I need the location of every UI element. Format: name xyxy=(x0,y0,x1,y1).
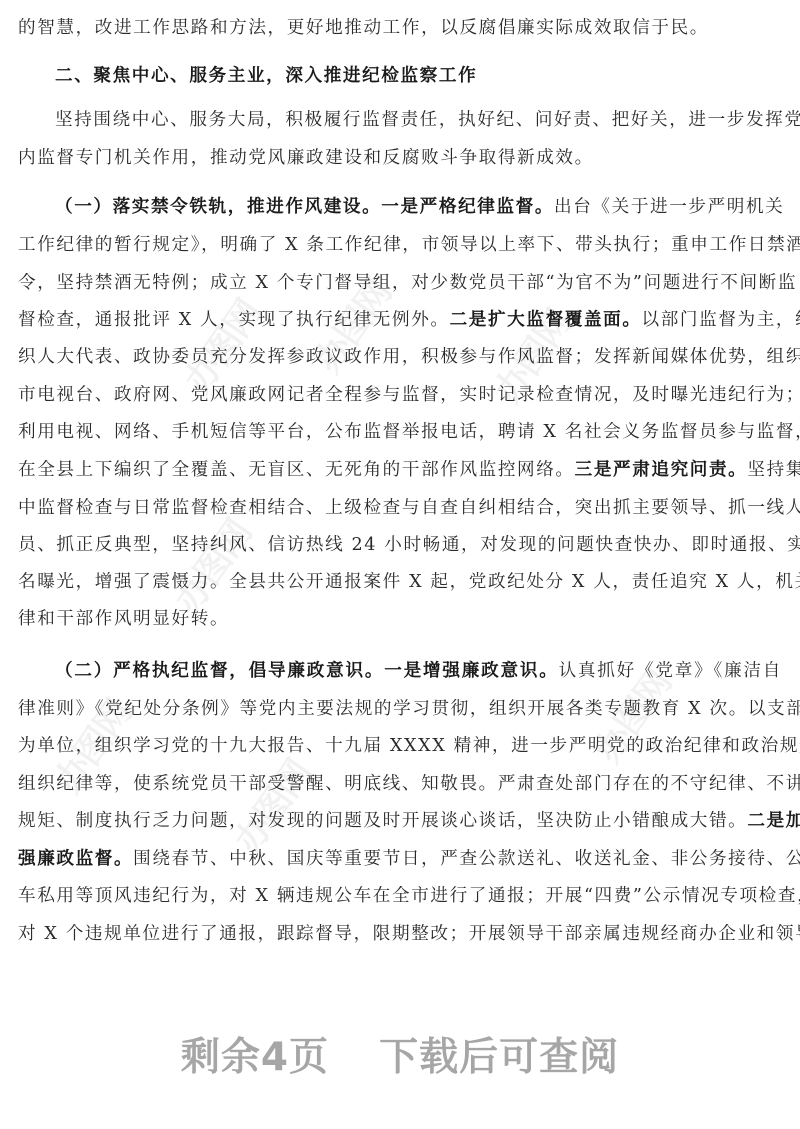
paragraph-line: 律和干部作风明显好转。 xyxy=(18,608,782,630)
paragraph-line: 强廉政监督。围绕春节、中秋、国庆等重要节日，严查公款送礼、收送礼金、非公务接待、… xyxy=(18,848,782,870)
paragraph-line: 坚持围绕中心、服务大局，积极履行监督责任，执好纪、问好责、把好关，进一步发挥党 xyxy=(55,109,782,131)
watermark: 办图网 xyxy=(221,749,321,862)
paragraph-line: 在全县上下编织了全覆盖、无盲区、无死角的干部作风监控网络。三是严肃追究问责。坚持… xyxy=(18,459,782,481)
section-heading: 二、聚焦中心、服务主业，深入推进纪检监察工作 xyxy=(55,65,782,87)
paragraph-line: 为单位，组织学习党的十九大报告、十九届 XXXX 精神，进一步严明党的政治纪律和… xyxy=(18,735,782,757)
remaining-pages-label: 剩余4页 xyxy=(181,1026,329,1082)
paragraph-line: 组织纪律等，使系统党员干部受警醒、明底线、知敬畏。严肃查处部门存在的不守纪律、不… xyxy=(18,773,782,795)
part1-title: （一）落实禁令铁轨，推进作风建设。 xyxy=(55,196,381,217)
paragraph-line: 中监督检查与日常监督检查相结合、上级检查与自查自纠相结合，突出抓主要领导、抓一线… xyxy=(18,497,782,519)
paragraph-line: 市电视台、政府网、党风廉政网记者全程参与监督，实时记录检查情况，及时曝光违纪行为… xyxy=(18,384,782,406)
download-banner[interactable]: 剩余4页下载后可查阅 xyxy=(0,1026,800,1082)
part1-sub3-title: 三是严肃追究问责。 xyxy=(575,459,748,480)
paragraph-line: 对 X 个违规单位进行了通报，跟踪督导，限期整改；开展领导干部亲属违规经商办企业… xyxy=(18,923,782,945)
paragraph-line: 织人大代表、政协委员充分发挥参政议政作用，积极参与作风监督；发挥新闻媒体优势，组… xyxy=(18,346,782,368)
paragraph-line: 督检查，通报批评 X 人，实现了执行纪律无例外。二是扩大监督覆盖面。以部门监督为… xyxy=(18,309,782,331)
paragraph-line: 内监督专门机关作用，推动党风廉政建设和反腐败斗争取得新成效。 xyxy=(18,147,782,169)
document-page: 办图网 办图网 办图网 办图网 办图网 办图网 办图网 的智慧，改进工作思路和方… xyxy=(0,0,800,1129)
paragraph-line: 车私用等顶风违纪行为，对 X 辆违规公车在全市进行了通报；开展“四费”公示情况专… xyxy=(18,885,782,907)
paragraph-line: 名曝光，增强了震慑力。全县共公开通报案件 X 起，党政纪处分 X 人，责任追究 … xyxy=(18,571,782,593)
paragraph-line: 工作纪律的暂行规定》，明确了 X 条工作纪律，市领导以上率下、带头执行；重申工作… xyxy=(18,234,782,256)
part2-title: （二）严格执纪监督，倡导廉政意识。 xyxy=(55,660,384,681)
paragraph-line: （二）严格执纪监督，倡导廉政意识。一是增强廉政意识。认真抓好《党章》《廉洁自 xyxy=(55,660,782,682)
paragraph-line: （一）落实禁令铁轨，推进作风建设。一是严格纪律监督。出台《关于进一步严明机关 xyxy=(55,196,782,218)
part1-sub2-title: 二是扩大监督覆盖面。 xyxy=(450,309,642,330)
intro-line: 的智慧，改进工作思路和方法，更好地推动工作，以反腐倡廉实际成效取信于民。 xyxy=(18,17,782,39)
paragraph-line: 员、抓正反典型，坚持纠风、信访热线 24 小时畅通，对发现的问题快查快办、即时通… xyxy=(18,534,782,556)
paragraph-line: 规矩、制度执行乏力问题，对发现的问题及时开展谈心谈话，坚决防止小错酿成大错。二是… xyxy=(18,810,782,832)
paragraph-line: 令，坚持禁酒无特例；成立 X 个专门督导组，对少数党员干部“为官不为”问题进行不… xyxy=(18,272,782,294)
part1-sub1-title: 一是严格纪律监督。 xyxy=(381,196,554,217)
paragraph-line: 利用电视、网络、手机短信等平台，公布监督举报电话，聘请 X 名社会义务监督员参与… xyxy=(18,421,782,443)
paragraph-line: 律准则》《党纪处分条例》等党内主要法规的学习贯彻，组织开展各类专题教育 X 次。… xyxy=(18,698,782,720)
download-to-view-label[interactable]: 下载后可查阅 xyxy=(379,1026,619,1082)
part2-sub1-title: 一是增强廉政意识。 xyxy=(384,660,558,681)
watermark: 办图网 xyxy=(161,509,261,622)
part2-sub2-title: 二是加 xyxy=(747,810,800,831)
